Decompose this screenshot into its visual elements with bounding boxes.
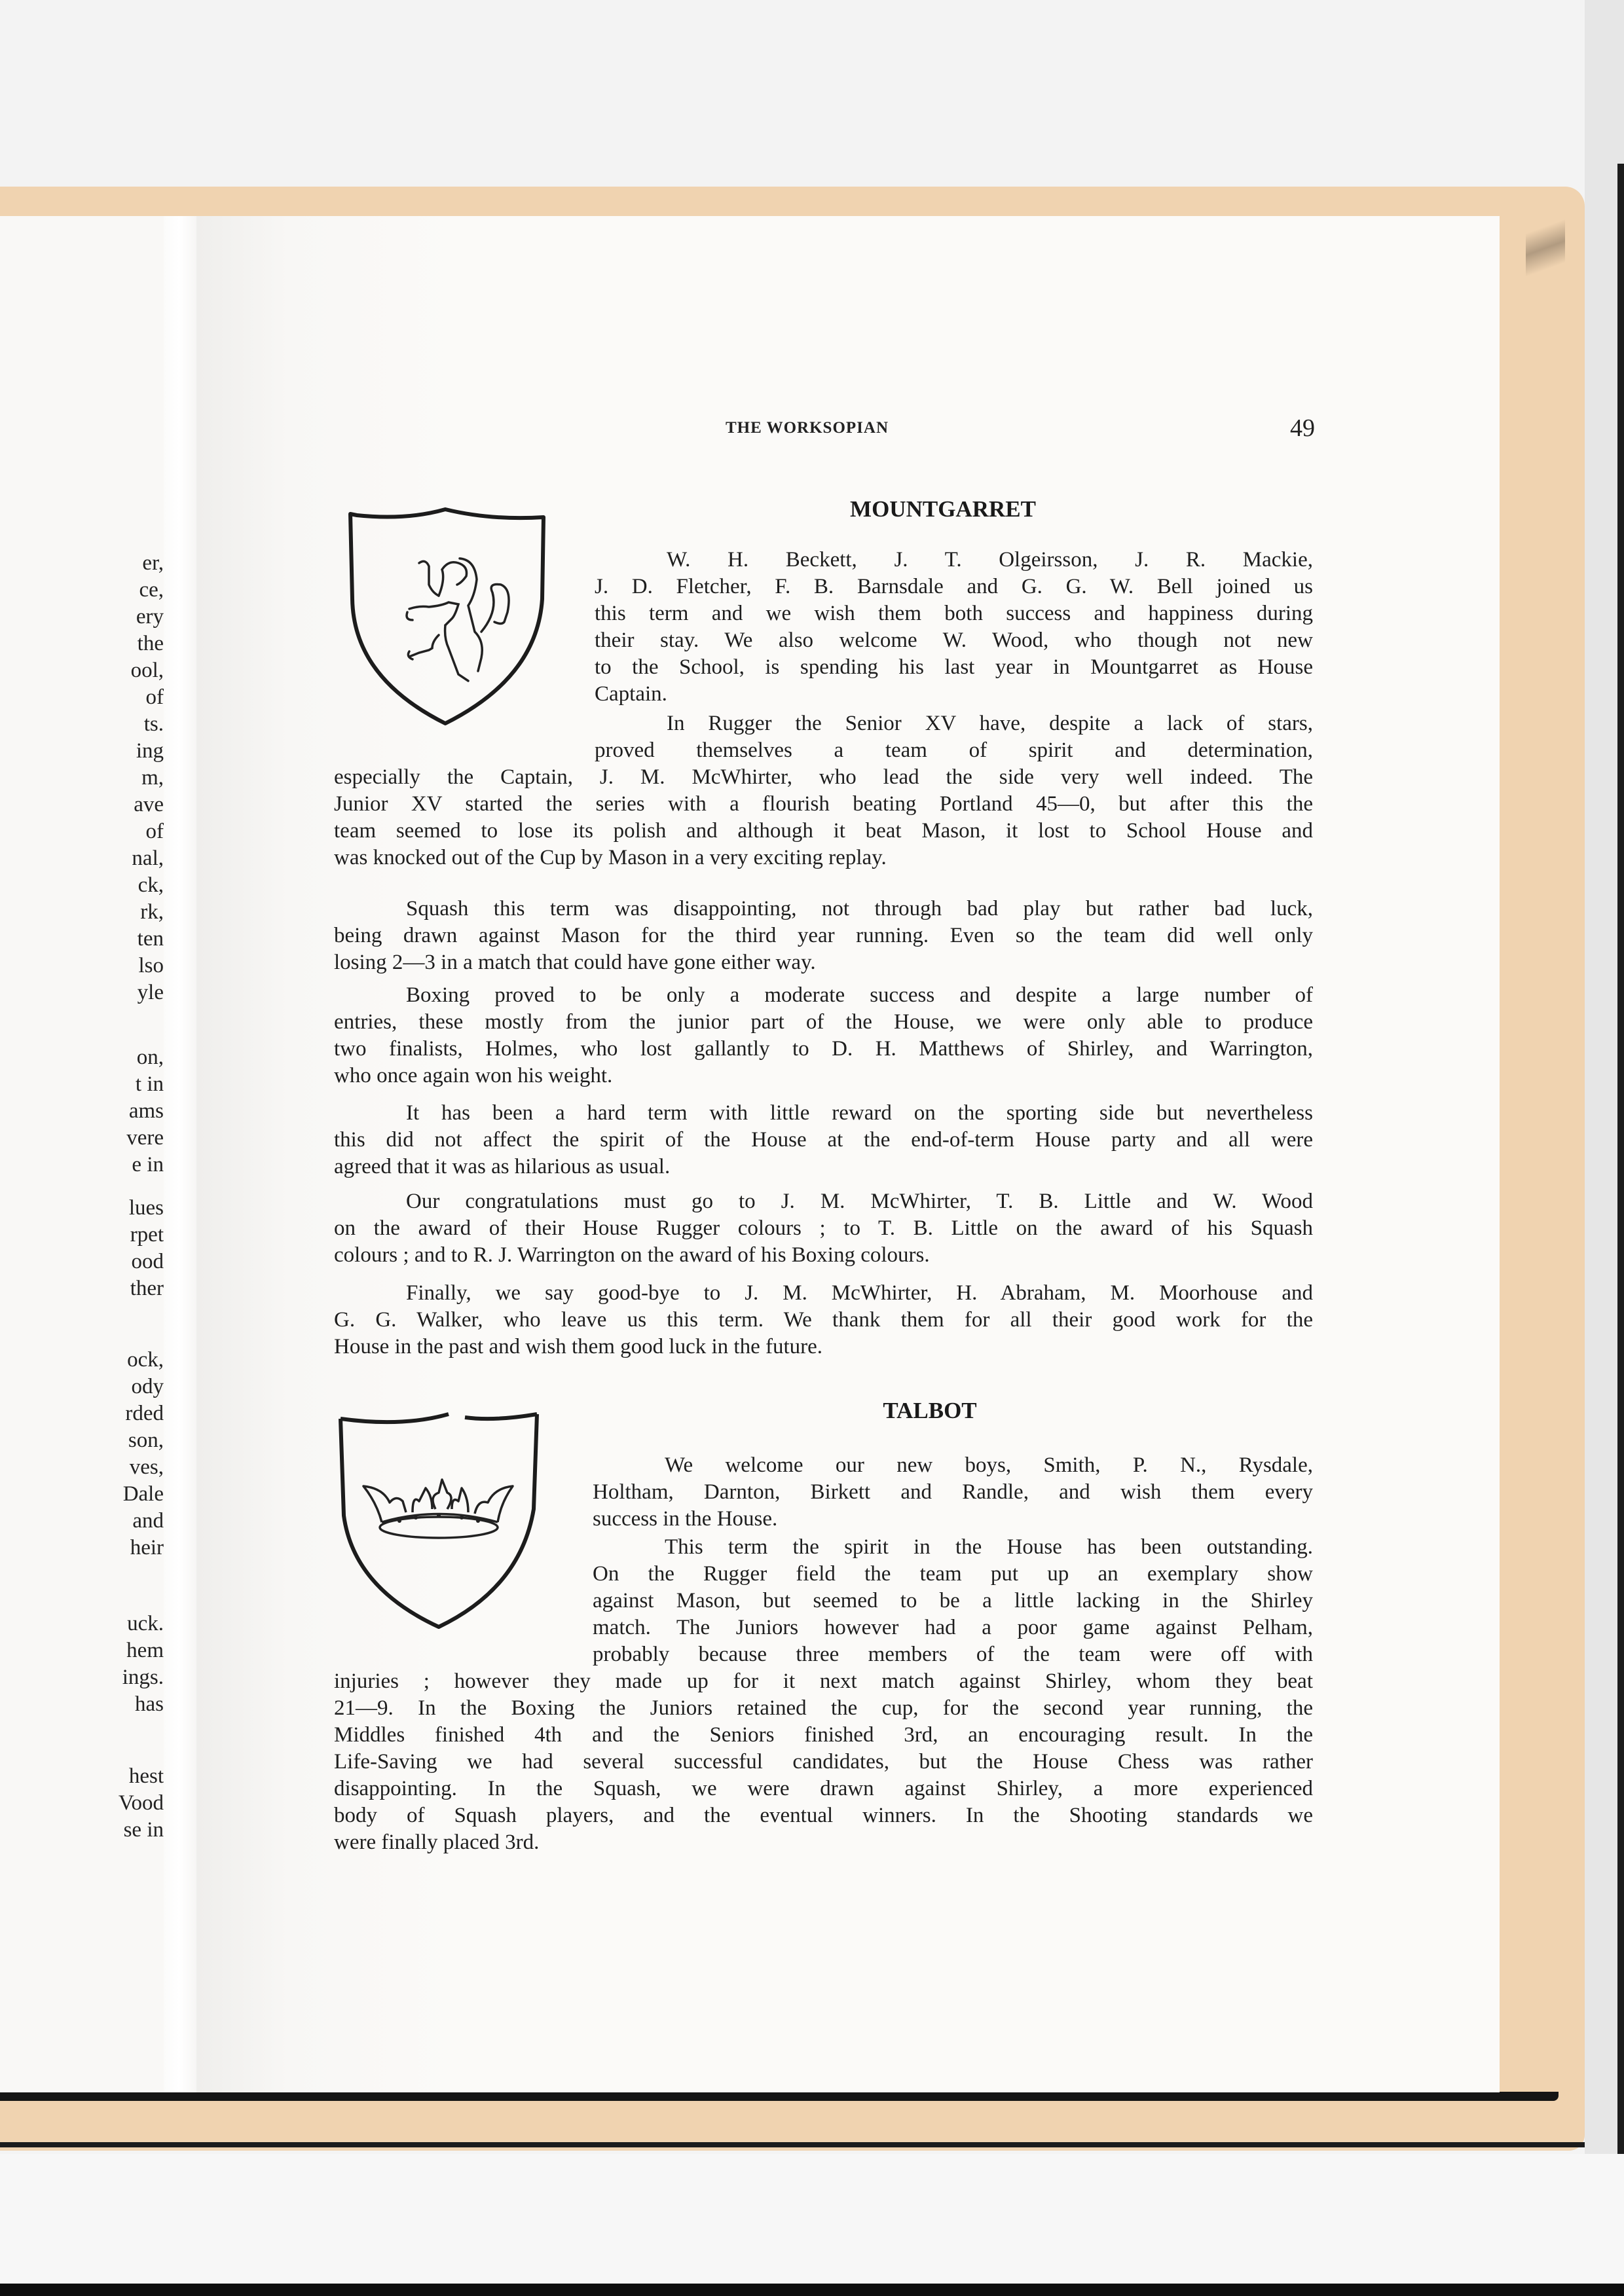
text-line: team seemed to lose its polish and altho… — [334, 818, 1313, 845]
text-fragment: ck, — [79, 872, 164, 899]
cover-crease — [1526, 190, 1565, 321]
text-line: were finally placed 3rd. — [334, 1829, 1313, 1856]
section-title-talbot: TALBOT — [864, 1398, 995, 1424]
text-fragment: ther — [79, 1275, 164, 1302]
left-page-text-fragment: uck.hemings.has — [79, 1611, 164, 1718]
text-fragment: son, — [79, 1427, 164, 1454]
text-line: disappointing. In the Squash, we were dr… — [334, 1776, 1313, 1802]
text-line: against Mason, but seemed to be a little… — [593, 1588, 1313, 1614]
text-line: match. The Juniors however had a poor ga… — [593, 1614, 1313, 1641]
text-fragment: ood — [79, 1248, 164, 1275]
scanner-edge-right — [1617, 164, 1624, 2296]
text-line: probably because three members of the te… — [593, 1641, 1313, 1668]
left-page-text-fragment: hestVoodse in — [79, 1763, 164, 1844]
left-page-text-fragment: ock,odyrdedson,ves,Daleandheir — [79, 1347, 164, 1561]
scanner-background-top — [0, 0, 1624, 190]
mountgarret-crest-lion-icon — [347, 507, 550, 730]
text-line: In Rugger the Senior XV have, despite a … — [595, 710, 1313, 737]
text-line: Middles finished 4th and the Seniors fin… — [334, 1722, 1313, 1749]
text-line: agreed that it was as hilarious as usual… — [334, 1154, 1313, 1180]
text-line: House in the past and wish them good luc… — [334, 1334, 1313, 1360]
text-fragment: ing — [79, 738, 164, 765]
text-line: on the award of their House Rugger colou… — [334, 1215, 1313, 1242]
text-fragment: ten — [79, 926, 164, 953]
text-line: especially the Captain, J. M. McWhirter,… — [334, 764, 1313, 791]
talbot-paragraph-1: We welcome our new boys, Smith, P. N., R… — [593, 1452, 1313, 1533]
page-number: 49 — [1290, 414, 1315, 443]
running-head: THE WORKSOPIAN 49 — [726, 419, 1315, 445]
mountgarret-paragraph-6: Our congratulations must go to J. M. McW… — [334, 1188, 1313, 1269]
text-fragment: hem — [79, 1637, 164, 1664]
text-fragment: e in — [79, 1152, 164, 1178]
journal-title: THE WORKSOPIAN — [726, 419, 889, 437]
mountgarret-paragraph-3: Squash this term was disappointing, not … — [334, 896, 1313, 976]
text-line: body of Squash players, and the eventual… — [334, 1802, 1313, 1829]
text-line: this did not affect the spirit of the Ho… — [334, 1127, 1313, 1154]
mountgarret-paragraph-7: Finally, we say good-bye to J. M. McWhir… — [334, 1280, 1313, 1360]
text-line: this term and we wish them both success … — [595, 600, 1313, 627]
text-fragment: ams — [79, 1098, 164, 1125]
text-fragment: ock, — [79, 1347, 164, 1374]
text-fragment: rded — [79, 1400, 164, 1427]
cover-bottom-edge — [0, 2142, 1585, 2147]
scanner-background-bottom — [0, 2154, 1624, 2285]
text-line: injuries ; however they made up for it n… — [334, 1668, 1313, 1695]
text-line: colours ; and to R. J. Warrington on the… — [334, 1242, 1313, 1269]
text-line: entries, these mostly from the junior pa… — [334, 1009, 1313, 1036]
text-line: It has been a hard term with little rewa… — [334, 1100, 1313, 1127]
text-line: Squash this term was disappointing, not … — [334, 896, 1313, 922]
text-line: We welcome our new boys, Smith, P. N., R… — [593, 1452, 1313, 1479]
left-page-text-fragment: on,t inamsveree in — [79, 1044, 164, 1178]
text-line: their stay. We also welcome W. Wood, who… — [595, 627, 1313, 654]
text-fragment: yle — [79, 979, 164, 1006]
text-fragment: ool, — [79, 657, 164, 684]
text-fragment: uck. — [79, 1611, 164, 1637]
text-fragment: er, — [79, 550, 164, 577]
text-line: being drawn against Mason for the third … — [334, 922, 1313, 949]
page-bottom-shadow — [0, 2092, 1559, 2101]
text-fragment: se in — [79, 1817, 164, 1844]
text-fragment: ves, — [79, 1454, 164, 1481]
text-fragment: has — [79, 1691, 164, 1718]
text-fragment: of — [79, 684, 164, 711]
left-page: er,ce,erytheool,ofts.ingm,aveofnal,ck,rk… — [0, 216, 164, 2092]
text-line: proved themselves a team of spirit and d… — [595, 737, 1313, 764]
text-fragment: the — [79, 630, 164, 657]
talbot-paragraph-2: injuries ; however they made up for it n… — [334, 1668, 1313, 1856]
mountgarret-paragraph-2: especially the Captain, J. M. McWhirter,… — [334, 764, 1313, 871]
text-line: G. G. Walker, who leave us this term. We… — [334, 1307, 1313, 1334]
text-line: Life-Saving we had several successful ca… — [334, 1749, 1313, 1776]
text-line: was knocked out of the Cup by Mason in a… — [334, 845, 1313, 871]
scanner-edge-bottom — [0, 2284, 1624, 2296]
text-fragment: ings. — [79, 1664, 164, 1691]
text-line: J. D. Fletcher, F. B. Barnsdale and G. G… — [595, 574, 1313, 600]
mountgarret-paragraph-5: It has been a hard term with little rewa… — [334, 1100, 1313, 1180]
text-line: Boxing proved to be only a moderate succ… — [334, 982, 1313, 1009]
text-fragment: ts. — [79, 711, 164, 738]
mountgarret-paragraph-4: Boxing proved to be only a moderate succ… — [334, 982, 1313, 1089]
text-fragment: t in — [79, 1071, 164, 1098]
text-line: 21—9. In the Boxing the Juniors retained… — [334, 1695, 1313, 1722]
text-fragment: ody — [79, 1374, 164, 1400]
text-fragment: ery — [79, 604, 164, 630]
left-page-text-fragment: er,ce,erytheool,ofts.ingm,aveofnal,ck,rk… — [79, 550, 164, 1006]
text-fragment: rpet — [79, 1222, 164, 1248]
text-fragment: and — [79, 1508, 164, 1535]
mountgarret-paragraph-2-wrap: In Rugger the Senior XV have, despite a … — [595, 710, 1313, 764]
text-line: On the Rugger field the team put up an e… — [593, 1561, 1313, 1588]
section-title-mountgarret: MOUNTGARRET — [845, 496, 1041, 522]
text-fragment: lso — [79, 953, 164, 979]
talbot-crest-coronet-icon — [337, 1411, 540, 1633]
text-fragment: rk, — [79, 899, 164, 926]
text-line: two finalists, Holmes, who lost gallantl… — [334, 1036, 1313, 1063]
text-fragment: heir — [79, 1535, 164, 1561]
text-fragment: nal, — [79, 845, 164, 872]
text-fragment: lues — [79, 1195, 164, 1222]
text-line: losing 2—3 in a match that could have go… — [334, 949, 1313, 976]
text-line: Captain. — [595, 681, 1313, 708]
text-fragment: Vood — [79, 1790, 164, 1817]
left-page-text-fragment: luesrpetoodther — [79, 1195, 164, 1302]
text-line: W. H. Beckett, J. T. Olgeirsson, J. R. M… — [595, 547, 1313, 574]
text-fragment: of — [79, 818, 164, 845]
text-line: success in the House. — [593, 1506, 1313, 1533]
text-fragment: Dale — [79, 1481, 164, 1508]
text-fragment: ave — [79, 792, 164, 818]
text-line: Holtham, Darnton, Birkett and Randle, an… — [593, 1479, 1313, 1506]
text-line: This term the spirit in the House has be… — [593, 1534, 1313, 1561]
text-line: to the School, is spending his last year… — [595, 654, 1313, 681]
text-fragment: hest — [79, 1763, 164, 1790]
text-fragment: ce, — [79, 577, 164, 604]
text-line: Our congratulations must go to J. M. McW… — [334, 1188, 1313, 1215]
text-fragment: m, — [79, 765, 164, 792]
talbot-paragraph-2-wrap: This term the spirit in the House has be… — [593, 1534, 1313, 1668]
text-fragment: vere — [79, 1125, 164, 1152]
text-line: Finally, we say good-bye to J. M. McWhir… — [334, 1280, 1313, 1307]
text-line: who once again won his weight. — [334, 1063, 1313, 1089]
text-fragment: on, — [79, 1044, 164, 1071]
mountgarret-paragraph-1: W. H. Beckett, J. T. Olgeirsson, J. R. M… — [595, 547, 1313, 708]
text-line: Junior XV started the series with a flou… — [334, 791, 1313, 818]
